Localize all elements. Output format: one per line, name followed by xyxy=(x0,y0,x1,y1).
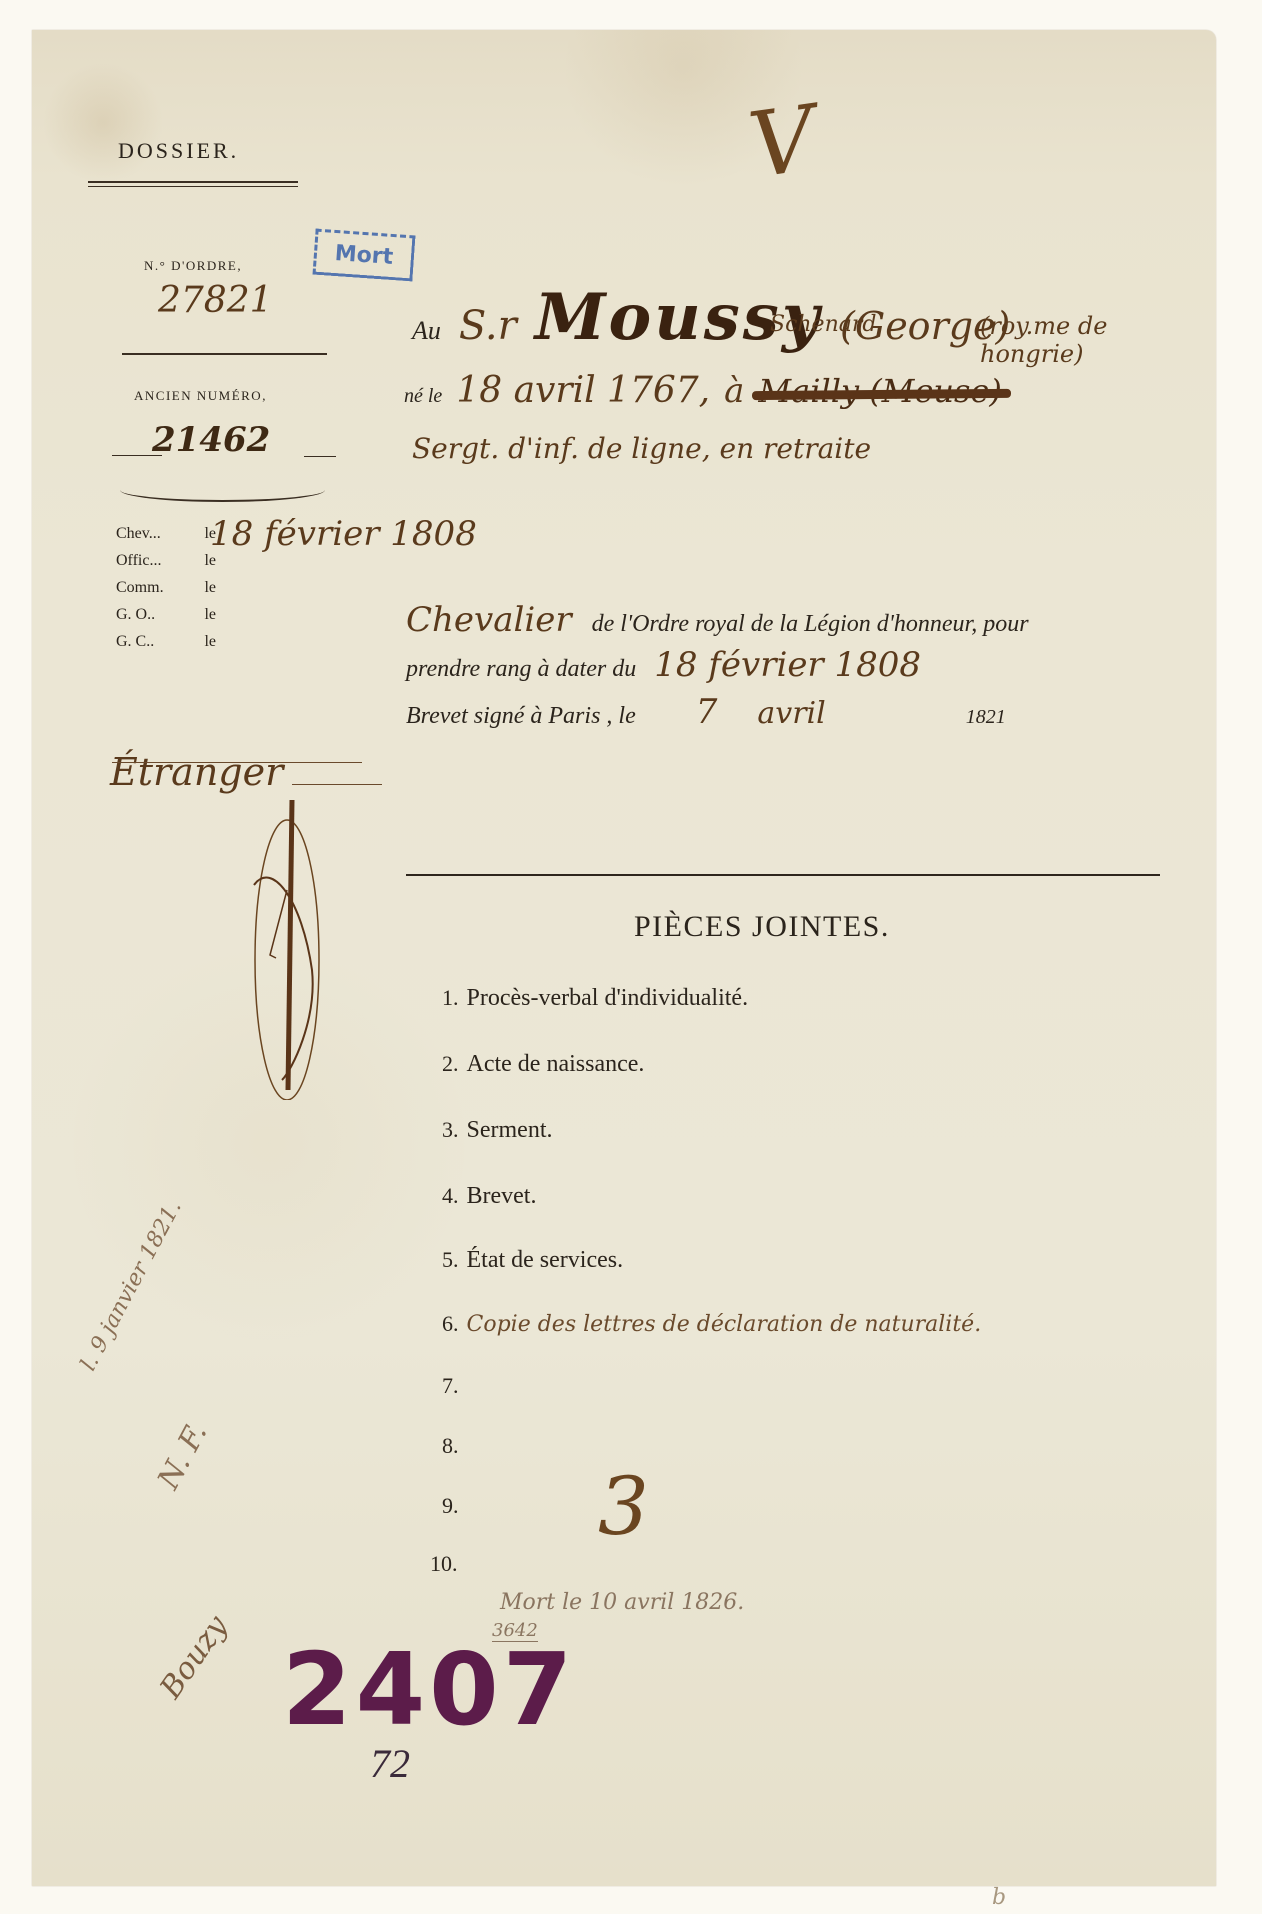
grade-label: Chev... xyxy=(116,520,161,547)
list-item: 2. Acte de naissance. xyxy=(442,1051,644,1078)
list-item: 5. État de services. xyxy=(442,1247,623,1274)
pieces-jointes-title: PIÈCES JOINTES. xyxy=(634,910,890,944)
grade-le: le xyxy=(204,574,216,601)
au-prefix: Au xyxy=(412,316,441,346)
stamp-number: 2407 xyxy=(282,1640,576,1740)
paraph-signature-icon xyxy=(242,790,332,1100)
grade-row-go: G. O.. le xyxy=(116,601,216,628)
rank-date: 18 février 1808 xyxy=(654,645,921,685)
header-rule-thin xyxy=(88,186,298,187)
list-item: 4. Brevet. xyxy=(442,1183,536,1210)
list-item: 6. Copie des lettres de déclaration de n… xyxy=(442,1311,981,1337)
grade-row-comm: Comm. le xyxy=(116,574,216,601)
ancien-dash-right xyxy=(304,456,336,457)
brevet-text: Brevet signé à Paris , le xyxy=(406,703,636,730)
dossier-label: DOSSIER. xyxy=(118,138,239,164)
list-item: 3. Serment. xyxy=(442,1117,552,1144)
note-72: 72 xyxy=(370,1740,410,1787)
birthplace-region: (roy.me de hongrie) xyxy=(980,312,1216,368)
mort-stamp: Mort xyxy=(313,229,416,282)
item-9-mark: 3 xyxy=(598,1460,649,1553)
section-divider xyxy=(406,874,1160,876)
birthplace-correction: Schenard xyxy=(770,312,876,337)
brevet-year: 1821 xyxy=(966,706,1006,729)
grade-label: G. C.. xyxy=(116,628,154,655)
document-page: DOSSIER. N.° D'ORDRE, 27821 ANCIEN NUMÉR… xyxy=(32,30,1216,1886)
prendre-text: prendre rang à dater du xyxy=(406,656,636,683)
grade-row-chev: Chev... le xyxy=(116,520,216,547)
list-item: 9. xyxy=(442,1493,459,1519)
list-item: 8. xyxy=(442,1433,459,1459)
grade-row-gc: G. C.. le xyxy=(116,628,216,655)
brevet-line: Brevet signé à Paris , le 7 avril 1821 xyxy=(406,692,1006,732)
award-order-text: de l'Ordre royal de la Légion d'honneur,… xyxy=(592,611,1029,638)
recipient-rank: Sergt. d'inf. de ligne, en retraite xyxy=(412,432,871,465)
ancien-number: 21462 xyxy=(152,420,270,460)
ordre-rule xyxy=(122,353,327,355)
grades-list: Chev... le Offic... le Comm. le G. O.. l… xyxy=(116,520,216,655)
margin-initials: N. F. xyxy=(151,1418,214,1495)
brevet-month: avril xyxy=(757,696,825,731)
award-line: Chevalier de l'Ordre royal de la Légion … xyxy=(406,600,1029,640)
grade-row-offic: Offic... le xyxy=(116,547,216,574)
recipient-title: S.r xyxy=(459,303,517,349)
etranger-underline-2 xyxy=(292,784,382,785)
list-item: 10. xyxy=(430,1551,458,1577)
death-note: Mort le 10 avril 1826. xyxy=(500,1590,744,1615)
brevet-day: 7 xyxy=(696,692,718,732)
list-item: 1. Procès-verbal d'individualité. xyxy=(442,985,748,1012)
ordre-label: N.° D'ORDRE, xyxy=(144,258,242,274)
birthplace-struck: Mailly (Meuse) xyxy=(758,372,1001,410)
ordre-number: 27821 xyxy=(158,280,273,321)
grade-label: Offic... xyxy=(116,547,161,574)
top-check-mark: V xyxy=(743,86,822,199)
birth-line: né le 18 avril 1767, à Mailly (Meuse) xyxy=(404,370,1002,411)
etranger-underline xyxy=(112,762,362,763)
grade-le: le xyxy=(204,601,216,628)
birth-date: 18 avril 1767, xyxy=(456,370,710,411)
bouzy-signature: Bouzy xyxy=(153,1609,235,1705)
award-grade: Chevalier xyxy=(406,600,572,640)
born-label: né le xyxy=(404,385,442,408)
list-item: 7. xyxy=(442,1373,459,1399)
birth-at: à xyxy=(724,371,744,411)
chevalier-date: 18 février 1808 xyxy=(210,514,477,554)
ancien-label: ANCIEN NUMÉRO, xyxy=(134,388,267,404)
header-rule xyxy=(88,181,298,183)
grade-label: G. O.. xyxy=(116,601,155,628)
rank-date-line: prendre rang à dater du 18 février 1808 xyxy=(406,645,921,685)
ancien-brace xyxy=(120,490,325,502)
corner-mark: b xyxy=(992,1885,1006,1910)
grade-le: le xyxy=(204,628,216,655)
recipient-line: Au S.r Moussy (George) xyxy=(412,280,1010,355)
margin-date-note: l. 9 janvier 1821. xyxy=(76,1196,187,1375)
grade-label: Comm. xyxy=(116,574,164,601)
etranger-note: Étranger xyxy=(110,750,283,794)
